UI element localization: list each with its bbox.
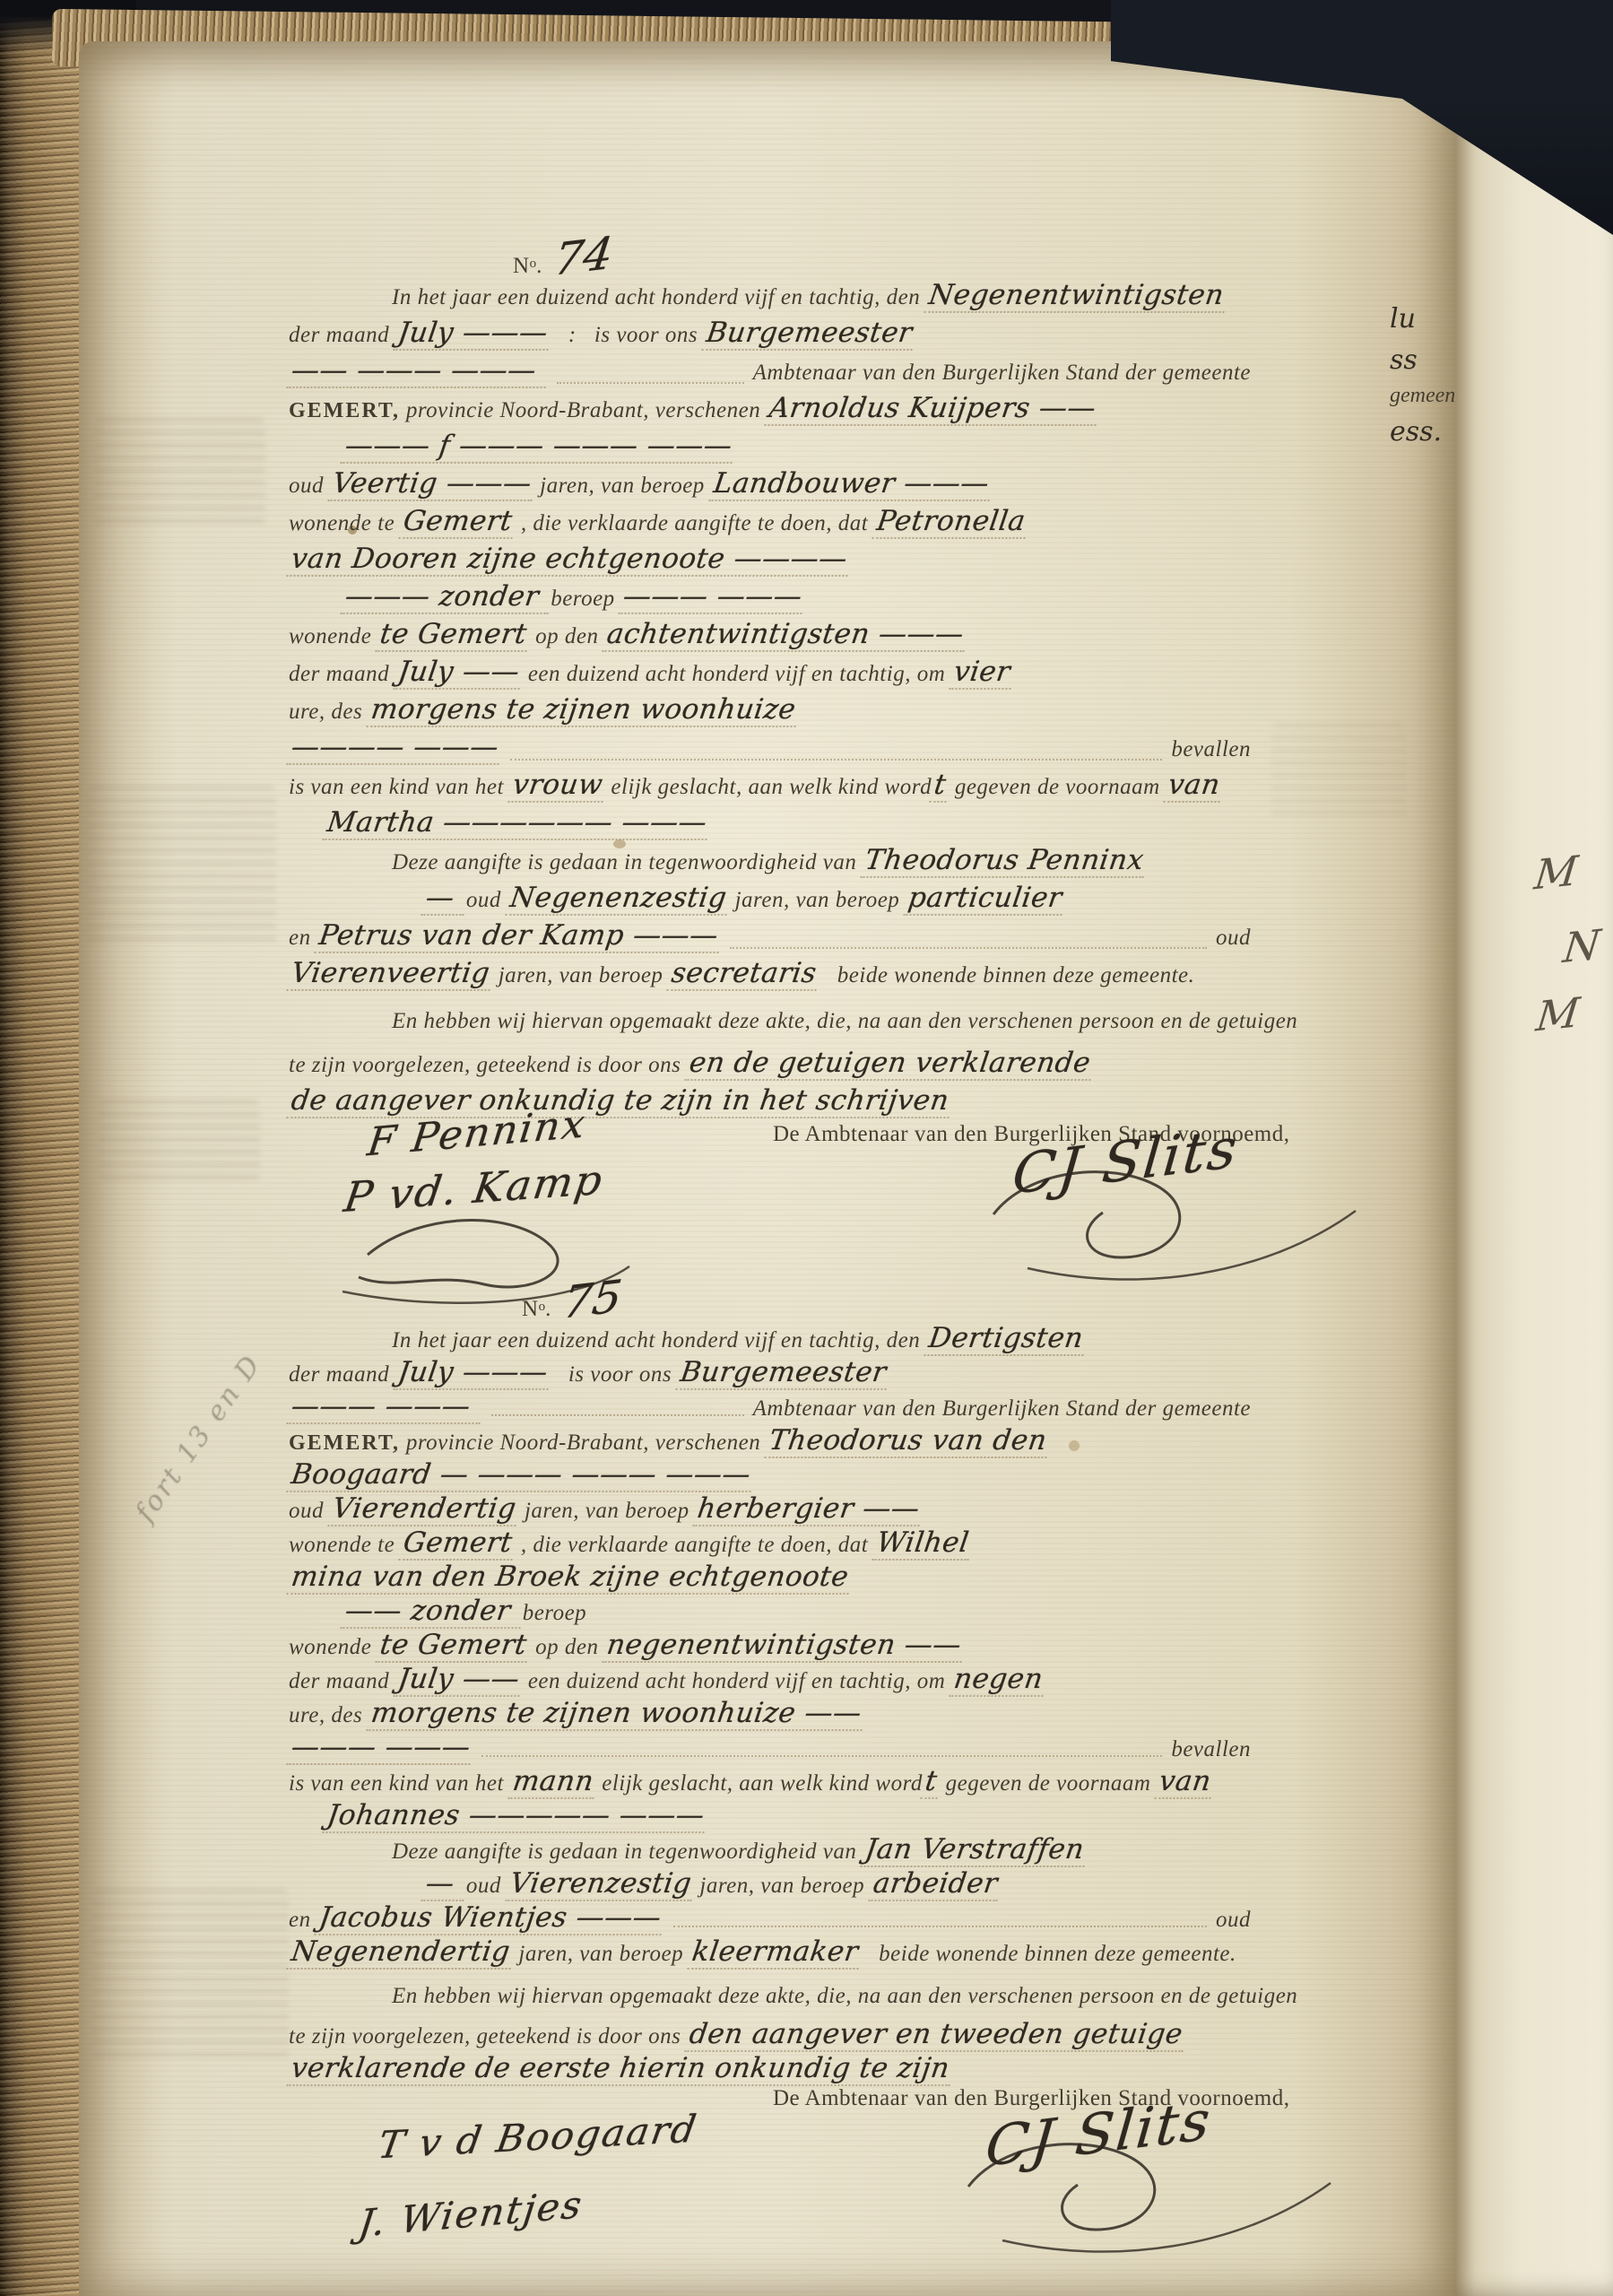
printed-text: oud: [289, 1499, 330, 1524]
dotted-rule: [491, 1413, 744, 1416]
handwritten-text: Petronella: [872, 505, 1030, 539]
record-line: Deze aangifte is gedaan in tegenwoordigh…: [289, 844, 1251, 882]
printed-text: GEMERT,: [289, 1431, 400, 1456]
handwritten-text: Negenendertig: [286, 1935, 515, 1970]
handwritten-text: July ——: [393, 1663, 525, 1697]
printed-text: ure, des: [289, 700, 369, 725]
printed-text: beroep: [551, 587, 620, 612]
handwritten-text: ———— ———: [286, 731, 503, 765]
record-line: der maand July —— een duizend acht honde…: [289, 656, 1251, 693]
handwritten-text: Wilhel: [872, 1526, 974, 1561]
record-line: der maand July ——— is voor ons Burgemees…: [289, 1356, 1251, 1390]
handwritten-text: Theodorus van den: [764, 1424, 1052, 1458]
printed-text: jaren, van beroep: [729, 888, 906, 913]
birth-record-74: No.74In het jaar een duizend acht honder…: [289, 220, 1251, 1160]
handwritten-text: Jan Verstraffen: [860, 1833, 1088, 1867]
record-line: No.74: [289, 220, 1251, 279]
printed-text: elijk geslacht, aan welk kind word: [605, 775, 932, 800]
record-line: Deze aangifte is gedaan in tegenwoordigh…: [289, 1833, 1251, 1867]
record-line: is van een kind van het mann elijk gesla…: [289, 1765, 1251, 1799]
printed-text: wonende te: [289, 1533, 401, 1558]
handwritten-text: Burgemeester: [701, 317, 917, 351]
handwritten-text: Petrus van der Kamp ———: [315, 919, 724, 953]
record-line: der maand July —— een duizend acht honde…: [289, 1663, 1251, 1697]
handwritten-text: Arnoldus Kuijpers ——: [764, 392, 1100, 426]
handwritten-text: vrouw: [507, 769, 607, 803]
printed-text: jaren, van beroep: [492, 963, 669, 988]
handwritten-text: ——— ———: [286, 1731, 475, 1765]
ink-bleedthrough: [91, 1889, 289, 2059]
printed-text: wonende te: [289, 511, 401, 536]
handwritten-text: morgens te zijnen woonhuize ——: [366, 1697, 866, 1731]
record-line: van Dooren zijne echtgenoote ————: [289, 543, 1251, 580]
handwritten-text: negen: [949, 1663, 1047, 1697]
ink-bleedthrough: [95, 418, 265, 526]
ink-bleedthrough: [1271, 723, 1406, 822]
record-line: mina van den Broek zijne echtgenoote: [289, 1561, 1251, 1595]
record-line: En hebben wij hiervan opgemaakt deze akt…: [289, 1009, 1251, 1047]
record-line: oud Veertig ——— jaren, van beroep Landbo…: [289, 467, 1251, 505]
record-line: ———— ———bevallen: [289, 731, 1251, 769]
record-line: is van een kind van het vrouw elijk gesl…: [289, 769, 1251, 806]
record-line: ——— zonder beroep ——— ———: [289, 580, 1251, 618]
record-line: Johannes ————— ———: [289, 1799, 1251, 1833]
handwritten-text: —: [421, 882, 468, 916]
signature-flourish: [341, 1205, 637, 1309]
printed-text: , die verklaarde aangifte te doen, dat: [515, 1533, 874, 1558]
printed-text: op den: [529, 624, 604, 649]
printed-text: te zijn voorgelezen, geteekend is door o…: [289, 2024, 687, 2049]
printed-text: Ambtenaar van den Burgerlijken Stand der…: [753, 1396, 1251, 1422]
printed-text: een duizend acht honderd vijf en tachtig…: [522, 1669, 951, 1694]
handwritten-text: July ———: [393, 317, 552, 351]
fold-text-fragment: ess.: [1390, 416, 1442, 448]
handwritten-text: te Gemert: [375, 1629, 532, 1663]
handwritten-text: negenentwintigsten ——: [603, 1629, 967, 1663]
handwritten-text: herbergier ——: [693, 1492, 925, 1526]
handwritten-text: Martha —————— ———: [322, 806, 711, 840]
record-line: ure, des morgens te zijnen woonhuize ——: [289, 1697, 1251, 1731]
witness-signature: J. Wientjes: [356, 2182, 585, 2245]
record-line: en Petrus van der Kamp ———oud: [289, 919, 1251, 957]
handwritten-text: particulier: [903, 882, 1067, 916]
printed-text: is van een kind van het: [289, 1771, 510, 1796]
handwritten-text: verklarende de eerste hierin onkundig te…: [286, 2052, 954, 2086]
printed-text: In het jaar een duizend acht honderd vij…: [392, 285, 926, 310]
record-line: En hebben wij hiervan opgemaakt deze akt…: [289, 1984, 1251, 2018]
handwritten-text: Burgemeester: [675, 1356, 891, 1390]
printed-text: jaren, van beroep: [518, 1499, 695, 1524]
record-line: verklarende de eerste hierin onkundig te…: [289, 2052, 1251, 2086]
pencil-margin-note: fort 13 en D: [129, 1349, 268, 1528]
handwritten-text: Vierendertig: [327, 1492, 521, 1526]
facing-page-fragment: M: [1534, 988, 1583, 1041]
handwritten-text: —— zonder: [340, 1595, 525, 1629]
handwritten-text: morgens te zijnen woonhuize: [366, 693, 801, 727]
record-line: — oud Negenenzestig jaren, van beroep pa…: [289, 882, 1251, 919]
record-line: In het jaar een duizend acht honderd vij…: [289, 279, 1251, 317]
printed-text: gegeven de voornaam: [949, 775, 1166, 800]
printed-text: In het jaar een duizend acht honderd vij…: [392, 1328, 926, 1353]
book-photo: { "page": { "margin_note": "fort 13 en D…: [0, 0, 1613, 2296]
record-line: ——— ——— Ambtenaar van den Burgerlijken S…: [289, 1390, 1251, 1424]
handwritten-text: ——— zonder: [340, 580, 553, 614]
dotted-rule: [510, 757, 1162, 761]
printed-text: een duizend acht honderd vijf en tachtig…: [522, 662, 951, 687]
record-line: oud Vierendertig jaren, van beroep herbe…: [289, 1492, 1251, 1526]
handwritten-text: kleermaker: [687, 1935, 863, 1970]
printed-text: der maand: [289, 1362, 395, 1387]
handwritten-text: Johannes ————— ———: [322, 1799, 709, 1833]
record-line: te zijn voorgelezen, geteekend is door o…: [289, 1047, 1251, 1084]
handwritten-text: Theodorus Penninx: [860, 844, 1149, 878]
handwritten-text: Landbouwer ———: [708, 467, 993, 501]
printed-text: te zijn voorgelezen, geteekend is door o…: [289, 1053, 687, 1078]
handwritten-text: Gemert: [398, 505, 516, 539]
printed-text: jaren, van beroep: [513, 1942, 689, 1967]
printed-text: En hebben wij hiervan opgemaakt deze akt…: [392, 1009, 1297, 1034]
handwritten-text: de aangever onkundig te zijn in het schr…: [286, 1084, 953, 1118]
record-line: ——— ———bevallen: [289, 1731, 1251, 1765]
printed-text: wonende: [289, 1635, 377, 1660]
printed-text: oud: [289, 474, 330, 499]
handwritten-text: Veertig ———: [327, 467, 536, 501]
printed-text: oud: [466, 888, 507, 913]
dotted-rule: [481, 1753, 1162, 1757]
printed-text: o: [530, 257, 537, 272]
record-line: — oud Vierenzestig jaren, van beroep arb…: [289, 1867, 1251, 1901]
facing-page-edge: [1445, 79, 1613, 2296]
dotted-rule: [673, 1924, 1207, 1927]
ink-bleedthrough: [99, 1100, 260, 1180]
printed-text: gegeven de voornaam: [940, 1771, 1157, 1796]
record-line: wonende te Gemert , die verklaarde aangi…: [289, 1526, 1251, 1561]
printed-text: jaren, van beroep: [533, 474, 710, 499]
printed-text: beroep: [523, 1601, 587, 1626]
printed-text: is voor ons: [551, 1362, 678, 1387]
printed-text: bevallen: [1171, 737, 1251, 762]
printed-text: oud: [1216, 1908, 1251, 1933]
printed-text: op den: [529, 1635, 604, 1660]
printed-text: beide wonende binnen deze gemeente.: [861, 1942, 1236, 1967]
record-line: wonende te Gemert op den achtentwintigst…: [289, 618, 1251, 656]
handwritten-text: den aangever en tweeden getuige: [684, 2018, 1187, 2052]
handwritten-text: July ———: [393, 1356, 552, 1390]
ink-bleedthrough: [88, 786, 276, 947]
handwritten-text: ——— f ——— ——— ———: [340, 430, 737, 464]
printed-text: beide wonende binnen deze gemeente.: [820, 963, 1195, 988]
handwritten-text: secretaris: [667, 957, 822, 991]
record-line: Boogaard — ——— ——— ———: [289, 1458, 1251, 1492]
handwritten-text: —— ——— ———: [286, 354, 550, 388]
handwritten-text: Dertigsten: [924, 1322, 1088, 1356]
printed-text: der maand: [289, 662, 395, 687]
printed-text: jaren, van beroep: [694, 1874, 871, 1899]
record-line: en Jacobus Wientjes ———oud: [289, 1901, 1251, 1935]
handwritten-text: mann: [507, 1765, 598, 1799]
birth-record-75: No.75In het jaar een duizend acht honder…: [289, 1263, 1251, 2120]
printed-text: ure, des: [289, 1703, 369, 1728]
handwritten-text: Negenenzestig: [505, 882, 732, 916]
handwritten-text: Vierenzestig: [505, 1867, 696, 1901]
record-line: der maand July ——— : is voor ons Burgeme…: [289, 317, 1251, 354]
record-line: —— ——— ——— Ambtenaar van den Burgerlijke…: [289, 354, 1251, 392]
fold-text-fragment: gemeente: [1390, 384, 1456, 408]
handwritten-text: vier: [949, 656, 1015, 690]
record-line: te zijn voorgelezen, geteekend is door o…: [289, 2018, 1251, 2052]
handwritten-text: ——— ———: [286, 1390, 484, 1424]
handwritten-text: 74: [551, 227, 615, 285]
handwritten-text: July ——: [393, 656, 525, 690]
printed-text: bevallen: [1171, 1737, 1251, 1762]
record-line: ——— f ——— ——— ———: [289, 430, 1251, 467]
handwritten-text: —: [421, 1867, 468, 1901]
printed-text: provincie Noord-Brabant, verschenen: [400, 398, 767, 423]
record-line: GEMERT, provincie Noord-Brabant, versche…: [289, 1424, 1251, 1458]
handwritten-text: te Gemert: [375, 618, 532, 652]
printed-text: is van een kind van het: [289, 775, 510, 800]
printed-text: , die verklaarde aangifte te doen, dat: [515, 511, 874, 536]
record-line: Vierenveertig jaren, van beroep secretar…: [289, 957, 1251, 995]
handwritten-text: Vierenveertig: [286, 957, 494, 991]
fold-text-fragment: lu: [1390, 303, 1416, 335]
handwritten-text: Gemert: [398, 1526, 516, 1561]
printed-text: En hebben wij hiervan opgemaakt deze akt…: [392, 1984, 1297, 2009]
handwritten-text: van: [1155, 1765, 1217, 1799]
record-line: Negenendertig jaren, van beroep kleermak…: [289, 1935, 1251, 1970]
printed-text: en: [289, 1908, 317, 1933]
handwritten-text: van: [1164, 769, 1226, 803]
printed-text: en: [289, 926, 317, 951]
printed-text: N: [513, 254, 530, 279]
printed-text: der maand: [289, 1669, 395, 1694]
handwritten-text: achtentwintigsten ———: [603, 618, 969, 652]
printed-text: der maand: [289, 323, 395, 348]
printed-text: wonende: [289, 624, 377, 649]
handwritten-text: arbeider: [868, 1867, 1002, 1901]
printed-text: Deze aangifte is gedaan in tegenwoordigh…: [392, 1839, 863, 1865]
printed-text: provincie Noord-Brabant, verschenen: [400, 1431, 767, 1456]
printed-text: Ambtenaar van den Burgerlijken Stand der…: [753, 361, 1251, 386]
record-line: ure, des morgens te zijnen woonhuize: [289, 693, 1251, 731]
printed-text: .: [536, 254, 542, 279]
printed-text: elijk geslacht, aan welk kind word: [595, 1771, 922, 1796]
register-page: No.74In het jaar een duizend acht honder…: [79, 41, 1456, 2296]
printed-text: GEMERT,: [289, 399, 400, 423]
dotted-rule: [557, 380, 744, 384]
handwritten-text: en de getuigen verklarende: [684, 1047, 1095, 1081]
record-line: In het jaar een duizend acht honderd vij…: [289, 1322, 1251, 1356]
handwritten-text: Jacobus Wientjes ———: [315, 1901, 667, 1935]
printed-text: Deze aangifte is gedaan in tegenwoordigh…: [392, 850, 863, 875]
record-line: wonende te Gemert , die verklaarde aangi…: [289, 505, 1251, 543]
facing-page-fragment: M: [1532, 847, 1581, 900]
handwritten-text: Negenentwintigsten: [924, 279, 1228, 313]
handwritten-text: ——— ———: [619, 580, 808, 614]
record-line: Martha —————— ———: [289, 806, 1251, 844]
printed-text: oud: [1216, 926, 1251, 951]
record-line: wonende te Gemert op den negenentwintigs…: [289, 1629, 1251, 1663]
facing-page-fragment: N: [1561, 920, 1603, 972]
handwritten-text: van Dooren zijne echtgenoote ————: [286, 543, 852, 577]
record-line: —— zonder beroep: [289, 1595, 1251, 1629]
handwritten-text: Boogaard — ——— ——— ———: [286, 1458, 755, 1492]
record-line: GEMERT, provincie Noord-Brabant, versche…: [289, 392, 1251, 430]
printed-text: oud: [466, 1874, 507, 1899]
handwritten-text: mina van den Broek zijne echtgenoote: [286, 1561, 853, 1595]
printed-text: : is voor ons: [551, 323, 704, 348]
dotted-rule: [730, 945, 1207, 949]
fold-text-fragment: ss: [1390, 344, 1418, 376]
